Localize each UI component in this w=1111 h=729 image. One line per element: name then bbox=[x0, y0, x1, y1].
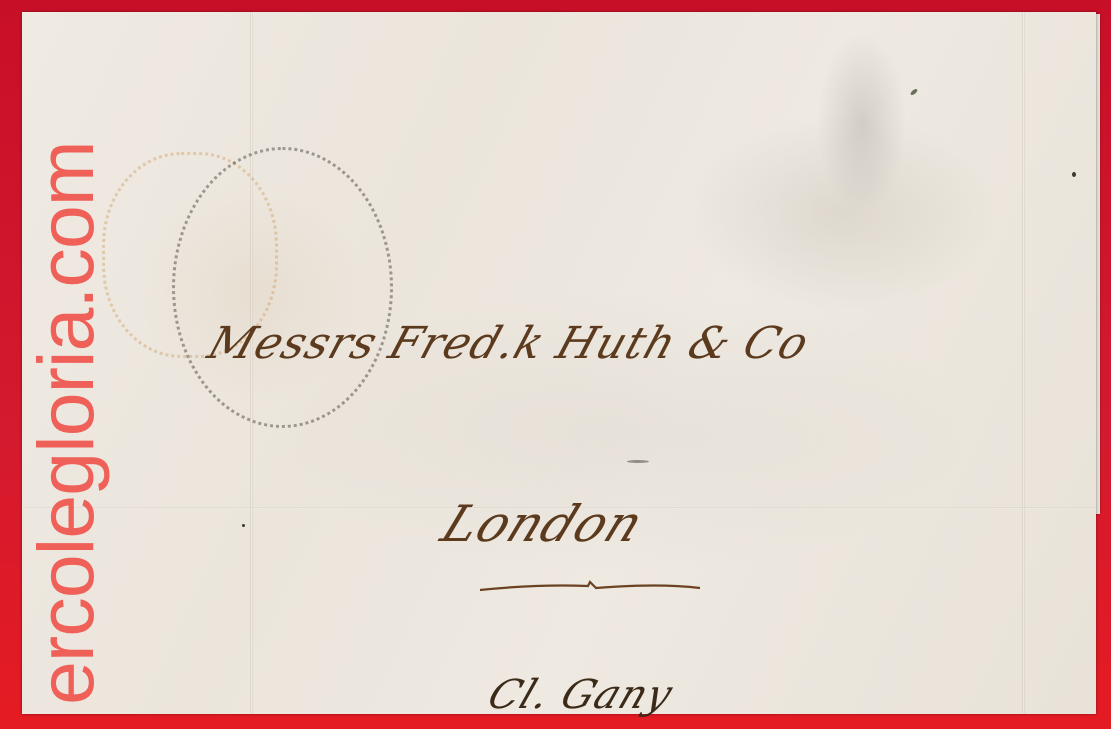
watermark-text: ercolegloria.com bbox=[26, 141, 105, 705]
postmark-datestamp bbox=[172, 147, 393, 428]
address-city: London bbox=[433, 495, 652, 553]
city-underline-flourish bbox=[478, 580, 703, 594]
ink-spot bbox=[1072, 172, 1076, 177]
ink-spot bbox=[910, 88, 919, 96]
ink-spot bbox=[627, 460, 649, 463]
docket-notation: Cl. Gany bbox=[482, 672, 680, 718]
ink-spot bbox=[242, 524, 245, 527]
fold-line-right bbox=[1022, 12, 1025, 714]
ink-smudge bbox=[817, 32, 907, 212]
addressee-name: Messrs Fred.k Huth & Co bbox=[202, 318, 816, 369]
